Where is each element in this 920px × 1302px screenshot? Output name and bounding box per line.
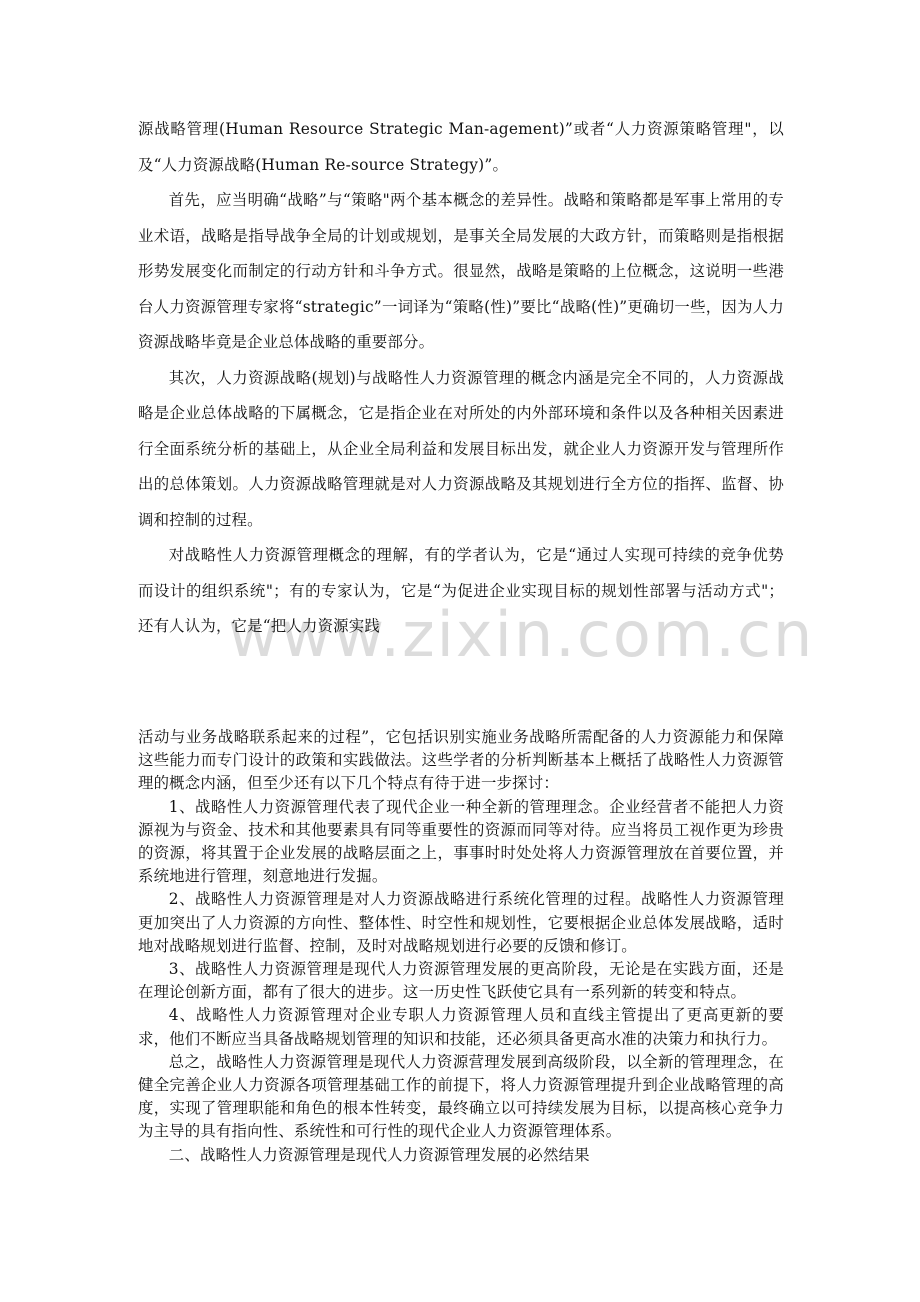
- paragraph-strategy-vs-tactics: 首先，应当明确“战略”与“策略"两个基本概念的差异性。战略和策略都是军事上常用的…: [138, 183, 784, 361]
- list-item-2: 2、战略性人力资源管理是对人力资源战略进行系统化管理的过程。战略性人力资源管理更…: [138, 888, 784, 958]
- paragraph-summary: 总之，战略性人力资源管理是现代人力资源营理发展到高级阶段，以全新的管理理念，在健…: [138, 1051, 784, 1144]
- paragraph-shrm-definitions: 对战略性人力资源管理概念的理解，有的学者认为，它是“通过人实现可持续的竞争优势而…: [138, 538, 784, 645]
- paragraph-continuation-2: 活动与业务战略联系起来的过程”，它包括识别实施业务战略所需配备的人力资源能力和保…: [138, 726, 784, 796]
- page-top-section: 源战略管理(Human Resource Strategic Man-ageme…: [138, 112, 784, 645]
- list-item-1: 1、战略性人力资源管理代表了现代企业一种全新的管理理念。企业经营者不能把人力资源…: [138, 796, 784, 889]
- list-item-4: 4、战略性人力资源管理对企业专职人力资源管理人员和直线主管提出了更高更新的要求，…: [138, 1004, 784, 1050]
- paragraph-hr-strategy-concept: 其次，人力资源战略(规划)与战略性人力资源管理的概念内涵是完全不同的，人力资源战…: [138, 361, 784, 539]
- page-bottom-section: 活动与业务战略联系起来的过程”，它包括识别实施业务战略所需配备的人力资源能力和保…: [138, 726, 784, 1167]
- document-page: www.zixin.com.cn 源战略管理(Human Resource St…: [0, 0, 920, 1302]
- list-item-3: 3、战略性人力资源管理是现代人力资源管理发展的更高阶段，无论是在实践方面，还是在…: [138, 958, 784, 1004]
- section-heading-2: 二、战略性人力资源管理是现代人力资源管理发展的必然结果: [138, 1144, 784, 1167]
- paragraph-continuation: 源战略管理(Human Resource Strategic Man-ageme…: [138, 112, 784, 183]
